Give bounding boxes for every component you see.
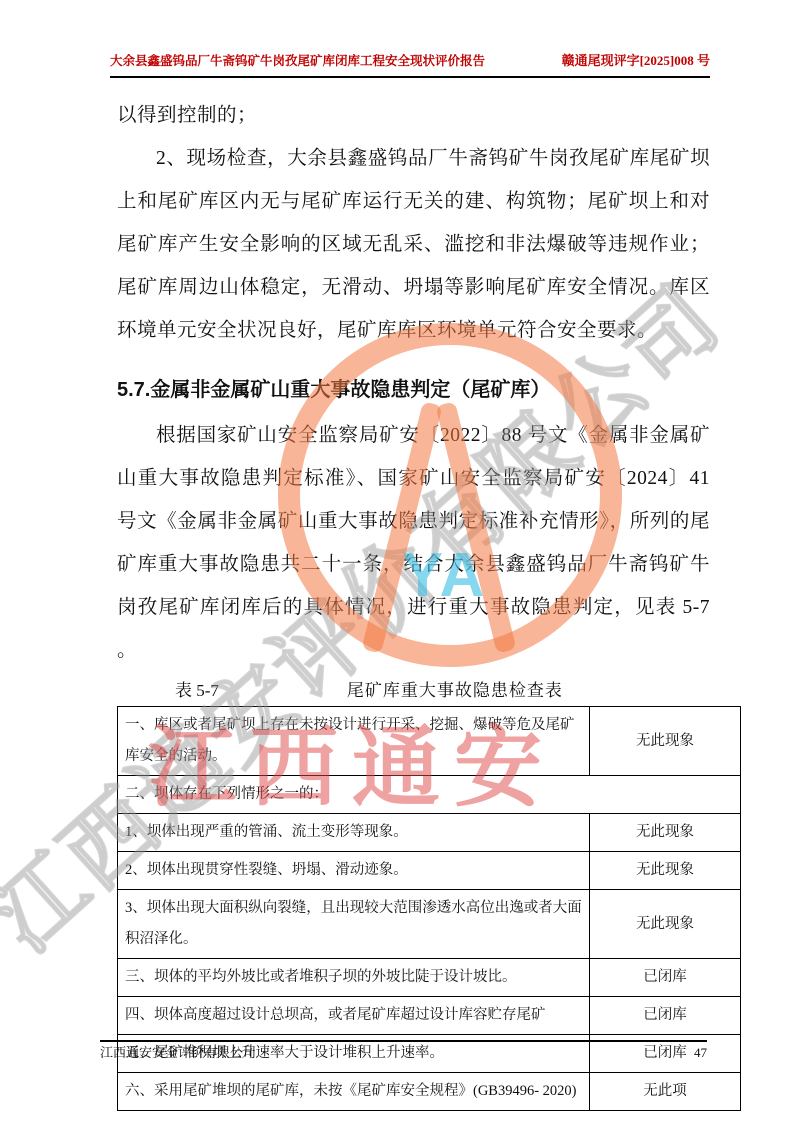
checklist-result-cell: 无此项: [590, 1073, 741, 1111]
table-row: 一、库区或者尾矿坝上存在未按设计进行开采、挖掘、爆破等危及尾矿库安全的活动。无此…: [118, 707, 741, 776]
table-caption-title: 尾矿库重大事故隐患检查表: [347, 678, 563, 704]
page-footer: 江西通安安全评价有限公司 47: [100, 1040, 707, 1062]
checklist-item-cell: 3、坝体出现大面积纵向裂缝，且出现较大范围渗透水高位出逸或者大面积沼泽化。: [118, 890, 590, 959]
paragraph-continuation: 以得到控制的；: [117, 94, 710, 137]
table-row: 六、采用尾矿堆坝的尾矿库，未按《尾矿库安全规程》(GB39496- 2020)无…: [118, 1073, 741, 1111]
table-caption-label: 表 5-7: [175, 678, 219, 704]
checklist-result-cell: 无此现象: [590, 707, 741, 776]
page-number: 47: [694, 1044, 707, 1062]
document-code: 赣通尾现评字[2025]008 号: [562, 50, 710, 69]
checklist-result-cell: 无此现象: [590, 814, 741, 852]
checklist-item-cell: 六、采用尾矿堆坝的尾矿库，未按《尾矿库安全规程》(GB39496- 2020): [118, 1073, 590, 1111]
footer-company-name: 江西通安安全评价有限公司: [100, 1044, 256, 1062]
checklist-item-cell: 三、坝体的平均外坡比或者堆积子坝的外坡比陡于设计坡比。: [118, 959, 590, 997]
checklist-item-cell: 2、坝体出现贯穿性裂缝、坍塌、滑动迹象。: [118, 852, 590, 890]
table-row: 3、坝体出现大面积纵向裂缝，且出现较大范围渗透水高位出逸或者大面积沼泽化。无此现…: [118, 890, 741, 959]
paragraph-site-inspection: 2、现场检查，大余县鑫盛钨品厂牛斋钨矿牛岗孜尾矿库尾矿坝上和尾矿库区内无与尾矿库…: [117, 137, 710, 352]
table-row: 二、坝体存在下列情形之一的：: [118, 776, 741, 814]
table-row: 2、坝体出现贯穿性裂缝、坍塌、滑动迹象。无此现象: [118, 852, 741, 890]
page-header: 大余县鑫盛钨品厂牛斋钨矿牛岗孜尾矿库闭库工程安全现状评价报告 赣通尾现评字[20…: [110, 50, 710, 78]
checklist-item-cell: 二、坝体存在下列情形之一的：: [118, 776, 741, 814]
document-page: 江西通安评价有限公司 YA 江西通安 大余县鑫盛钨品厂牛斋钨矿牛岗孜尾矿库闭库工…: [0, 0, 793, 1122]
table-row: 三、坝体的平均外坡比或者堆积子坝的外坡比陡于设计坡比。已闭库: [118, 959, 741, 997]
checklist-result-cell: 已闭库: [590, 997, 741, 1035]
table-row: 四、坝体高度超过设计总坝高，或者尾矿库超过设计库容贮存尾矿已闭库: [118, 997, 741, 1035]
checklist-item-cell: 1、坝体出现严重的管涌、流土变形等现象。: [118, 814, 590, 852]
section-heading: 5.7.金属非金属矿山重大事故隐患判定（尾矿库）: [117, 375, 710, 405]
table-caption: 表 5-7 尾矿库重大事故隐患检查表: [117, 678, 710, 704]
checklist-item-cell: 一、库区或者尾矿坝上存在未按设计进行开采、挖掘、爆破等危及尾矿库安全的活动。: [118, 707, 590, 776]
checklist-result-cell: 无此现象: [590, 890, 741, 959]
paragraph-hazard-basis: 根据国家矿山安全监察局矿安〔2022〕88 号文《金属非金属矿山重大事故隐患判定…: [117, 414, 710, 672]
table-row: 1、坝体出现严重的管涌、流土变形等现象。无此现象: [118, 814, 741, 852]
checklist-item-cell: 四、坝体高度超过设计总坝高，或者尾矿库超过设计库容贮存尾矿: [118, 997, 590, 1035]
page-content: 以得到控制的； 2、现场检查，大余县鑫盛钨品厂牛斋钨矿牛岗孜尾矿库尾矿坝上和尾矿…: [117, 94, 710, 1111]
report-title: 大余县鑫盛钨品厂牛斋钨矿牛岗孜尾矿库闭库工程安全现状评价报告: [110, 51, 485, 69]
checklist-result-cell: 无此现象: [590, 852, 741, 890]
checklist-result-cell: 已闭库: [590, 959, 741, 997]
